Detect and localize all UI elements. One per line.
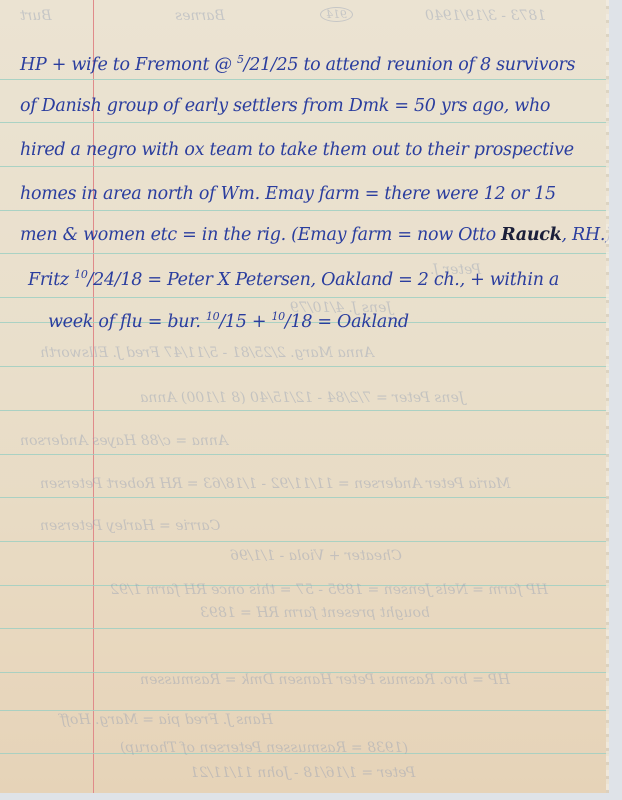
showthrough-text: Barnes <box>175 8 225 24</box>
margin-line <box>93 0 94 793</box>
notebook-page: Burt Barnes 914 1873 - 3/19/1940 Peter J… <box>0 0 609 793</box>
rule-line <box>0 628 609 629</box>
rule-line <box>0 79 609 80</box>
showthrough-text: Carrie = Harley Petersen <box>40 518 220 534</box>
showthrough-text: 914 <box>320 6 353 22</box>
rule-line <box>0 297 609 298</box>
overwritten-name: Rauck <box>501 225 561 245</box>
showthrough-text: Jens Peter = 7/2/84 - 12/15/40 (8 1/100)… <box>140 390 464 406</box>
rule-line <box>0 710 609 711</box>
showthrough-text: Peter = 1/16/18 - John 11/11/21 <box>190 765 415 781</box>
showthrough-text: Maria Peter Andersen = 11/11/92 - 1/18/6… <box>40 476 510 492</box>
rule-line <box>0 410 609 411</box>
showthrough-text: (1938 = Rasmussen Petersen of Thorup) <box>120 740 408 756</box>
showthrough-text: bought present farm RH = 1893 <box>200 605 430 621</box>
showthrough-text: Anna = c/88 Hayes Anderson <box>20 433 228 449</box>
rule-line <box>0 253 609 254</box>
rule-line <box>0 541 609 542</box>
showthrough-text: Hans J. Fred pia = Marg. Hoff <box>60 712 273 728</box>
rule-line <box>0 366 609 367</box>
handwritten-line-5: men & women etc = in the rig. (Emay farm… <box>20 225 609 245</box>
handwritten-line-4: homes in area north of Wm. Emay farm = t… <box>20 184 556 204</box>
showthrough-text: HP farm = Nels Jensen = 1895 - 57 = this… <box>110 582 548 598</box>
showthrough-text: HP = bro. Rasmus Peter Hansen Dmk = Rasm… <box>140 672 510 688</box>
showthrough-text: Burt <box>20 8 52 24</box>
showthrough-text: Anna Marg. 2/25/81 - 5/11/47 Fred J. Ell… <box>40 345 374 361</box>
handwritten-line-6: Fritz 10/24/18 = Peter X Petersen, Oakla… <box>28 268 559 290</box>
handwritten-line-1: HP + wife to Fremont @ 5/21/25 to attend… <box>20 53 575 75</box>
rule-line <box>0 166 609 167</box>
rule-line <box>0 497 609 498</box>
showthrough-text: Cheater + Viola - 1/1/96 <box>230 548 402 564</box>
handwritten-line-3: hired a negro with ox team to take them … <box>20 140 574 160</box>
rule-line <box>0 454 609 455</box>
handwritten-line-7: week of flu = bur. 10/15 + 10/18 = Oakla… <box>48 310 409 332</box>
showthrough-text: 1873 - 3/19/1940 <box>425 8 546 24</box>
rule-line <box>0 210 609 211</box>
rule-line <box>0 122 609 123</box>
handwritten-line-2: of Danish group of early settlers from D… <box>20 96 550 116</box>
